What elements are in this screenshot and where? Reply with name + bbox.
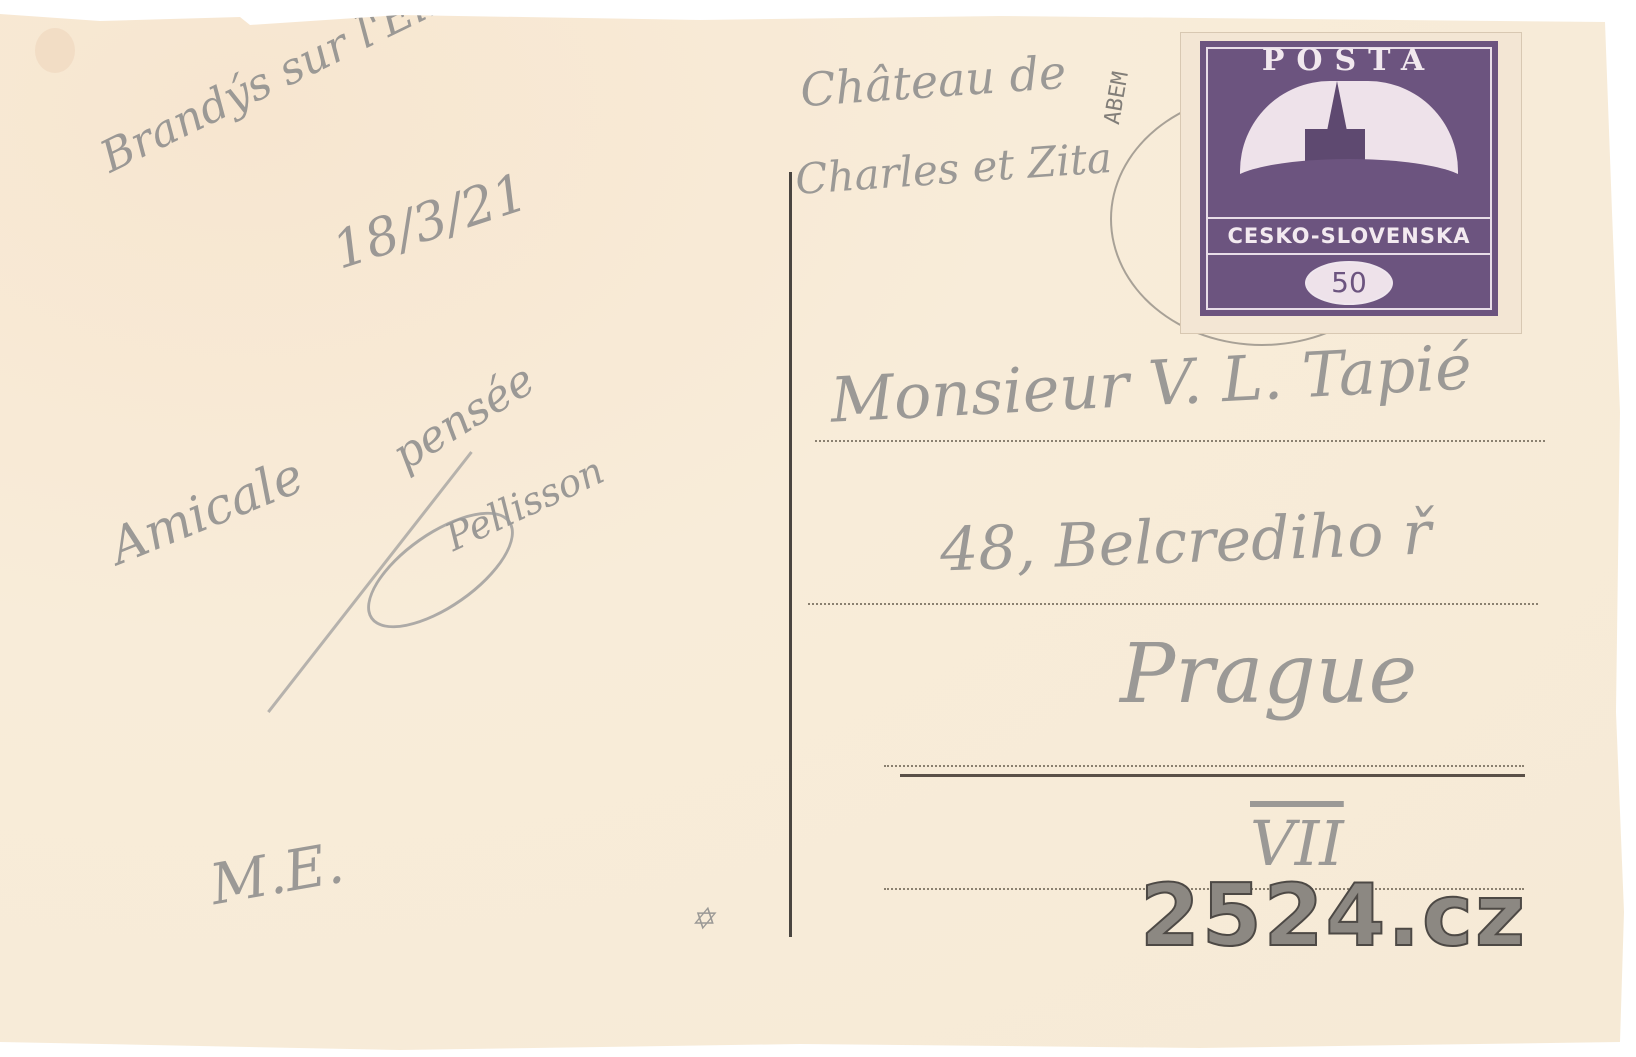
- greeting-amicale: Amicale: [102, 446, 312, 576]
- message-date: 18/3/21: [326, 162, 535, 281]
- address-line-3: [884, 765, 1524, 767]
- watermark: 2524.cz: [1140, 866, 1527, 966]
- message-place: Brandýs sur l'Elbe: [93, 0, 484, 183]
- stamp-value: 50: [1305, 261, 1393, 305]
- caption-line1: Château de: [798, 45, 1067, 117]
- address-city: Prague: [1120, 627, 1417, 722]
- postage-stamp: POSTA CESKO-SLOVENSKA 50: [1200, 41, 1498, 316]
- address-name: Monsieur V. L. Tapié: [829, 330, 1474, 437]
- center-divider: [789, 172, 792, 937]
- caption-line2: Charles et Zita: [794, 133, 1114, 204]
- address-underline: [900, 774, 1525, 777]
- address-line-1: [815, 440, 1545, 442]
- small-mark: ✡: [690, 902, 715, 937]
- postmark-text: ABEM: [1100, 70, 1134, 127]
- address-line-2: [808, 603, 1538, 605]
- paper-stain: [35, 28, 75, 73]
- address-street: 48, Belcrediho ř: [939, 498, 1432, 585]
- stamp-header: POSTA: [1200, 43, 1498, 78]
- stamp-country: CESKO-SLOVENSKA: [1206, 217, 1492, 255]
- initials: M.E.: [205, 831, 348, 918]
